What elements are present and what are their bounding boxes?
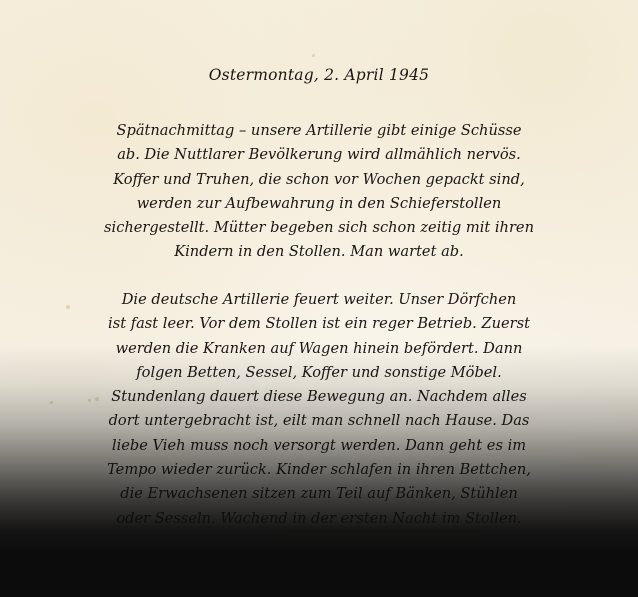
text-line: dort untergebracht ist, eilt man schnell…	[96, 409, 542, 433]
text-line: Tempo wieder zurück. Kinder schlafen in …	[96, 458, 542, 482]
paper-stain	[50, 401, 53, 404]
paragraph-1: Spätnachmittag – unsere Artillerie gibt …	[96, 119, 542, 265]
text-line: ist fast leer. Vor dem Stollen ist ein r…	[96, 312, 542, 336]
text-line: die Erwachsenen sitzen zum Teil auf Bänk…	[96, 482, 542, 506]
paper-stain	[66, 305, 70, 309]
text-line: Stundenlang dauert diese Bewegung an. Na…	[96, 385, 542, 409]
diary-entry-date: Ostermontag, 2. April 1945	[0, 66, 638, 84]
text-line: ab. Die Nuttlarer Bevölkerung wird allmä…	[96, 143, 542, 167]
paragraph-2: Die deutsche Artillerie feuert weiter. U…	[96, 288, 542, 531]
text-line: werden die Kranken auf Wagen hinein befö…	[96, 337, 542, 361]
text-line: oder Sesseln. Wachend in der ersten Nach…	[96, 507, 542, 531]
paper-stain	[88, 399, 91, 402]
text-line: Spätnachmittag – unsere Artillerie gibt …	[96, 119, 542, 143]
text-line: sichergestellt. Mütter begeben sich scho…	[96, 216, 542, 240]
paper-stain	[312, 54, 315, 57]
text-line: Kindern in den Stollen. Man wartet ab.	[96, 240, 542, 264]
text-line: werden zur Aufbewahrung in den Schiefers…	[96, 192, 542, 216]
text-line: Koffer und Truhen, die schon vor Wochen …	[96, 168, 542, 192]
text-line: folgen Betten, Sessel, Koffer und sonsti…	[96, 361, 542, 385]
text-line: Die deutsche Artillerie feuert weiter. U…	[96, 288, 542, 312]
text-line: liebe Vieh muss noch versorgt werden. Da…	[96, 434, 542, 458]
